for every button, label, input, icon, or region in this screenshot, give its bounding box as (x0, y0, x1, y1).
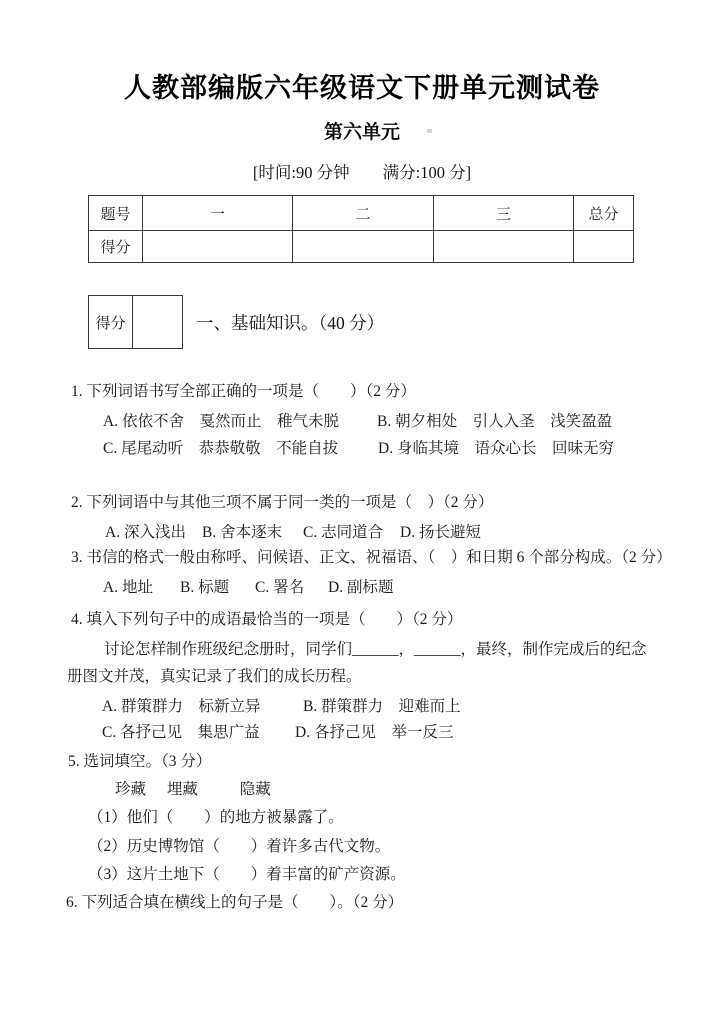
question-4-option-b: B. 群策群力 迎难而上 (303, 697, 461, 717)
question-4-option-a: A. 群策群力 标新立异 (102, 697, 260, 717)
header-question-number: 题号 (89, 196, 143, 231)
question-4-option-d: D. 各抒己见 举一反三 (295, 723, 453, 743)
question-3-option-b: B. 标题 (180, 578, 229, 598)
header-part-two: 二 (293, 196, 434, 231)
question-2-text: 2. 下列词语中与其他三项不属于同一类的一项是（ ）（2 分） (71, 493, 493, 513)
question-4-option-c: C. 各抒己见 集思广益 (102, 723, 260, 743)
score-cell-three (434, 231, 574, 263)
question-4-body-line2: 册图文并茂，真实记录了我们的成长历程。 (67, 667, 362, 687)
score-row-label: 得分 (89, 231, 143, 263)
question-3-number: 3. (71, 549, 83, 566)
question-5-item-2: （2）历史博物馆（ ）着许多古代文物。 (88, 837, 390, 857)
question-3-option-c: C. 署名 (255, 578, 304, 598)
question-3-option-a: A. 地址 (103, 578, 153, 598)
question-2-option-a: A. 深入浅出 (105, 523, 186, 543)
header-part-one: 一 (143, 196, 293, 231)
question-6-text: 6. 下列适合填在横线上的句子是（ ）。（2 分） (66, 893, 403, 913)
question-5-number: 5. (68, 753, 80, 770)
header-total: 总分 (574, 196, 634, 231)
unit-subtitle: 第六单元 (0, 117, 724, 144)
scan-artifact-dot (427, 129, 432, 133)
question-1-option-b: B. 朝夕相处 引人入圣 浅笑盈盈 (377, 412, 612, 432)
question-4-text: 4. 填入下列句子中的成语最恰当的一项是（ ）（2 分） (71, 610, 462, 630)
word-bank-item-3: 隐藏 (240, 780, 271, 800)
word-bank-item-2: 埋藏 (167, 780, 198, 800)
question-1-option-d: D. 身临其境 语众心长 回味无穷 (378, 439, 614, 459)
score-cell-two (293, 231, 434, 263)
question-3-option-d: D. 副标题 (328, 578, 393, 598)
question-1-option-c: C. 尾尾动听 恭恭敬敬 不能自拔 (103, 439, 338, 459)
question-2-option-b: B. 舍本逐末 (202, 523, 282, 543)
question-5-word-bank: 珍藏 埋藏 隐藏 (115, 780, 271, 800)
question-5-item-3: （3）这片土地下（ ）着丰富的矿产资源。 (88, 865, 406, 885)
question-2-option-d: D. 扬长避短 (400, 523, 481, 543)
table-row: 题号 一 二 三 总分 (89, 196, 634, 231)
header-part-three: 三 (434, 196, 574, 231)
question-2-number: 2. (71, 494, 83, 511)
question-2-option-c: C. 志同道合 (303, 523, 383, 543)
section-one-heading: 一、基础知识。（40 分） (196, 310, 384, 335)
score-cell-total (574, 231, 634, 263)
section-score-box: 得分 (88, 295, 183, 349)
question-5-item-1: （1）他们（ ）的地方被暴露了。 (88, 808, 344, 828)
question-5-text: 5. 选词填空。（3 分） (68, 752, 211, 772)
question-4-number: 4. (71, 611, 83, 628)
score-cell-one (143, 231, 293, 263)
question-1-text: 1. 下列词语书写全部正确的一项是（ ）（2 分） (71, 382, 416, 402)
question-4-body-line1: 讨论怎样制作班级纪念册时，同学们______，______，最终，制作完成后的纪… (104, 640, 647, 660)
test-paper-page: 人教部编版六年级语文下册单元测试卷 第六单元 [时间:90 分钟 满分:100 … (0, 0, 724, 1024)
score-box-blank (133, 296, 183, 349)
score-box-label: 得分 (89, 296, 133, 349)
word-bank-item-1: 珍藏 (115, 780, 146, 800)
question-1-number: 1. (71, 383, 83, 400)
question-6-number: 6. (66, 894, 78, 911)
exam-time-score-info: [时间:90 分钟 满分:100 分] (0, 159, 724, 183)
page-title: 人教部编版六年级语文下册单元测试卷 (0, 66, 724, 105)
table-row: 得分 (89, 231, 634, 263)
question-1-option-a: A. 依依不舍 戛然而止 稚气未脱 (103, 412, 339, 432)
question-3-text: 3. 书信的格式一般由称呼、问候语、正文、祝福语、（ ）和日期 6 个部分构成。… (71, 548, 672, 568)
score-summary-table: 题号 一 二 三 总分 得分 (88, 195, 634, 263)
